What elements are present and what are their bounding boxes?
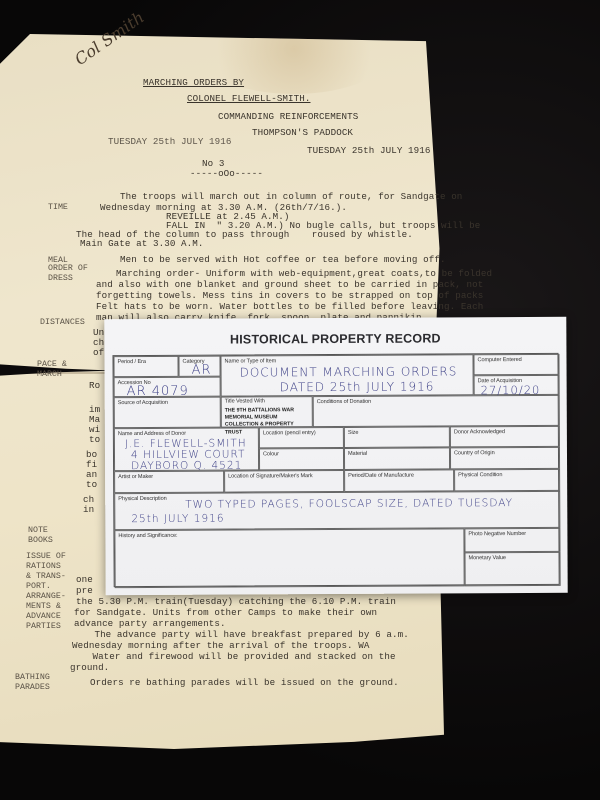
field-label: Location (pencil entry): [263, 430, 316, 436]
field-label: Computer Entered: [477, 357, 521, 363]
field-value: TWO TYPED PAGES, FOOLSCAP SIZE, DATED TU…: [185, 497, 513, 511]
field-physical-condition: Physical Condition: [454, 469, 560, 492]
field-value: 25th JULY 1916: [131, 513, 224, 525]
field-label: Country of Origin: [454, 450, 495, 456]
margin-label-bathing-parades: BATHING PARADES: [15, 673, 50, 693]
doc-role: COMMANDING REINFORCEMENTS: [218, 111, 358, 123]
field-label: Colour: [263, 451, 279, 457]
margin-label-time: TIME: [48, 203, 68, 213]
field-accession-no: Accession No AR 4079: [114, 377, 221, 398]
field-donor-name-address: Name and Address of Donor J.E. FLEWELL-S…: [114, 427, 259, 471]
field-label: Name and Address of Donor: [118, 431, 186, 437]
card-title: HISTORICAL PROPERTY RECORD: [104, 331, 566, 347]
field-material: Material: [344, 447, 450, 470]
field-source-of-acquisition: Source of Acquisition: [114, 397, 221, 429]
doc-line: Ro: [89, 380, 100, 392]
field-label: Conditions of Donation: [317, 399, 371, 405]
field-label: Title Vested With: [225, 398, 265, 404]
margin-label-distances: DISTANCES: [40, 318, 85, 328]
field-label: Period / Era: [117, 359, 145, 365]
margin-label-pace-march: PACE & MARCH: [37, 360, 67, 380]
field-artist-or-maker: Artist or Maker: [114, 471, 224, 494]
field-location: Location (pencil entry): [259, 427, 344, 448]
field-label: Photo Negative Number: [468, 531, 526, 537]
field-country-of-origin: Country of Origin: [450, 447, 560, 470]
field-label: Artist or Maker: [118, 474, 153, 480]
field-donor-acknowledged: Donor Acknowledged: [450, 426, 560, 448]
field-colour: Colour: [259, 448, 344, 470]
field-value: DATED 25th JULY 1916: [280, 379, 435, 394]
doc-line: to: [86, 479, 97, 491]
field-label: Monetary Value: [469, 555, 506, 561]
doc-date-right: TUESDAY 25th JULY 1916: [307, 145, 431, 157]
field-label: History and Significance:: [118, 533, 177, 539]
field-label: Donor Acknowledged: [454, 429, 505, 435]
historical-property-record-card: HISTORICAL PROPERTY RECORD Period / Era …: [104, 317, 567, 595]
doc-location: THOMPSON'S PADDOCK: [252, 127, 353, 139]
doc-line: Men to be served with Hot coffee or tea …: [120, 254, 446, 266]
doc-line: to: [89, 434, 100, 446]
doc-line: ground.: [70, 662, 109, 674]
field-physical-description: Physical Description TWO TYPED PAGES, FO…: [114, 491, 560, 530]
doc-line: Water and firewood will be provided and …: [70, 651, 396, 663]
field-label: Physical Condition: [458, 472, 502, 478]
field-label: Physical Description: [118, 496, 166, 502]
field-photo-negative-number: Photo Negative Number: [464, 528, 560, 553]
field-value: DOCUMENT MARCHING ORDERS: [240, 364, 458, 379]
field-location-of-signature: Location of Signature/Maker's Mark: [224, 470, 344, 493]
doc-line: of: [93, 347, 104, 359]
field-label: Source of Acquisition: [118, 400, 168, 406]
field-conditions-of-donation: Conditions of Donation: [313, 395, 560, 427]
field-monetary-value: Monetary Value: [465, 552, 561, 587]
field-label: Material: [348, 451, 367, 457]
field-label: Period/Date of Manufacture: [348, 473, 414, 479]
doc-line: Orders re bathing parades will be issued…: [90, 677, 399, 689]
field-period-date-of-manufacture: Period/Date of Manufacture: [344, 469, 454, 492]
doc-divider: -----oOo-----: [190, 168, 263, 180]
margin-label-note-books: NOTE BOOKS: [28, 526, 53, 546]
doc-line: Main Gate at 3.30 A.M.: [80, 238, 204, 250]
field-name-or-type-of-item: Name or Type of Item DOCUMENT MARCHING O…: [220, 354, 473, 396]
field-computer-entered: Computer Entered: [473, 354, 559, 375]
record-form-grid: Period / Era Category AR Name or Type of…: [112, 353, 559, 587]
field-category: Category AR: [178, 356, 220, 377]
field-label: Name or Type of Item: [224, 358, 276, 364]
doc-title: MARCHING ORDERS BY: [143, 77, 244, 89]
field-size: Size: [344, 426, 450, 448]
field-history-and-significance: History and Significance:: [114, 528, 464, 588]
field-period-era: Period / Era: [113, 356, 178, 377]
field-title-vested-with: Title Vested With THE 9TH BATTALIONS WAR…: [221, 396, 313, 427]
doc-author: COLONEL FLEWELL-SMITH.: [187, 93, 311, 105]
field-label: Location of Signature/Maker's Mark: [228, 473, 312, 479]
margin-label-order-of-dress: ORDER OF DRESS: [48, 264, 88, 284]
doc-line: in: [83, 504, 94, 516]
doc-date-left: TUESDAY 25th JULY 1916: [108, 136, 232, 148]
field-value: AR: [192, 363, 212, 378]
field-date-of-acquisition: Date of Acquisition 27/10/20: [474, 375, 560, 395]
field-label: Size: [348, 430, 359, 436]
margin-label-issue-of-rations: ISSUE OF RATIONS & TRANS- PORT. ARRANGE-…: [26, 552, 66, 632]
